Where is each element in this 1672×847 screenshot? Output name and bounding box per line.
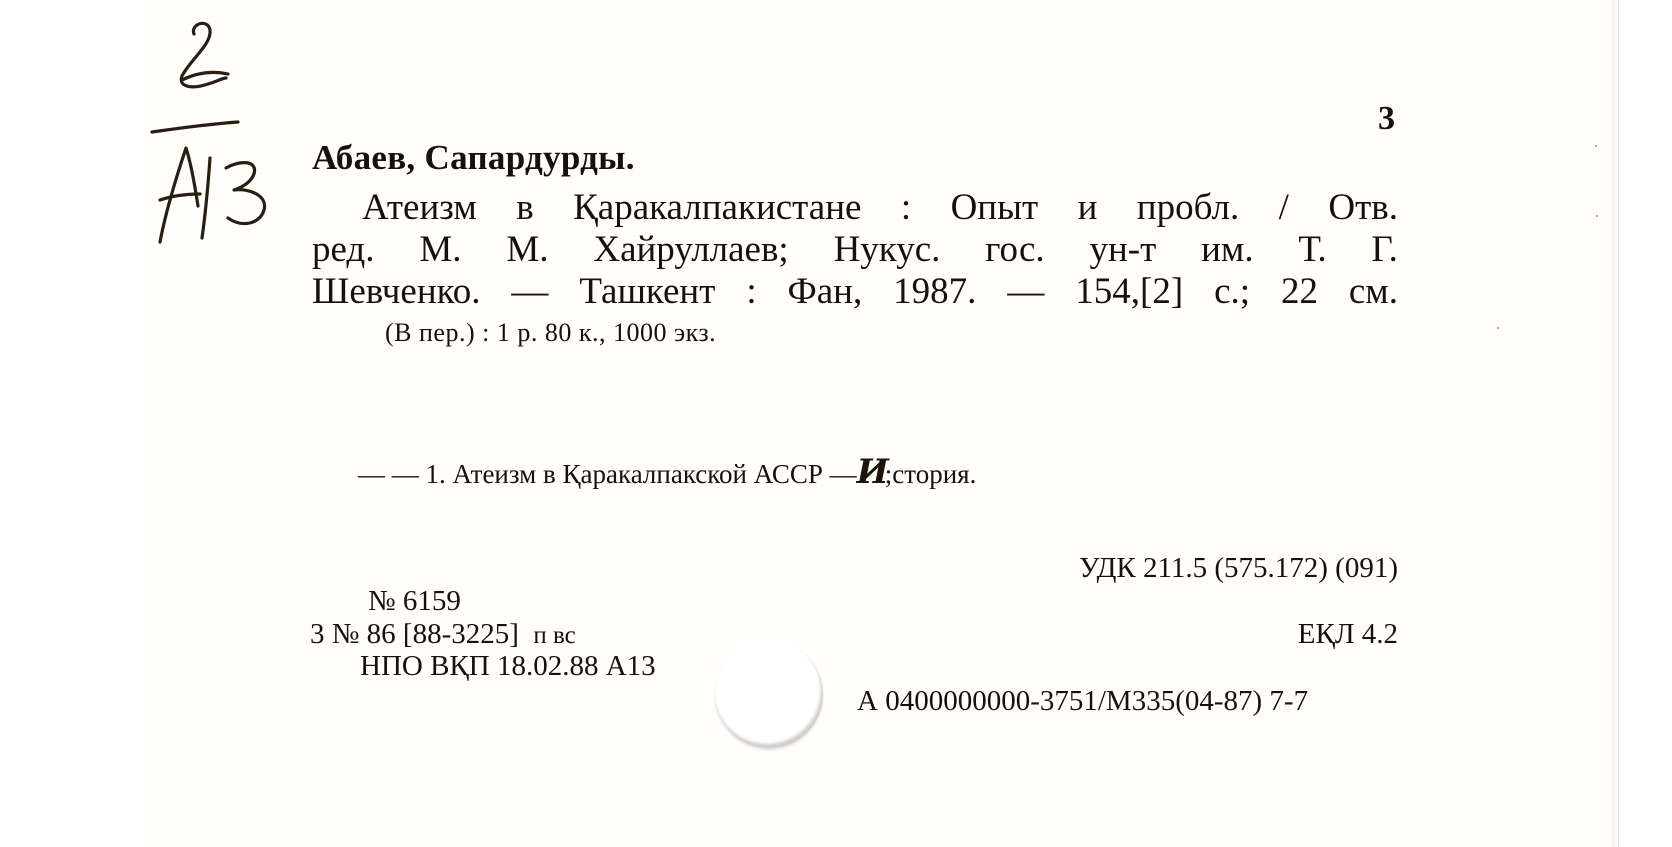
description-word: см. [1349,270,1398,313]
binding-price-copies: (В пер.) : 1 р. 80 к., 1000 экз. [385,318,716,348]
order-number: 3 № 86 [88-3225] п вс [310,618,576,651]
description-word: / [1279,186,1289,229]
order-number-main: 3 № 86 [88-3225] [310,618,519,650]
description-word: в [516,186,533,229]
subject-heading-suffix: ;стория. [885,459,977,489]
description-word: 1987. [893,270,976,313]
description-word: Фан, [788,270,863,313]
inventory-number: № 6159 [368,585,461,618]
udc-code: УДК 211.5 (575.172) (091) [1079,552,1398,585]
description-word: Нукус. [834,228,941,271]
description-word: : [746,270,756,313]
scanned-page: 3 Абаев, Сапардурды. АтеизмвҚаракалпакис… [0,0,1672,847]
subject-heading: — — 1. Атеизм в Қаракалпакской АССР —И;с… [358,452,976,492]
description-word: Т. [1298,228,1326,271]
handwritten-shelfmark [150,10,290,250]
description-line-1: АтеизмвҚаракалпакистане:Опытипробл./Отв. [362,186,1398,229]
description-word: : [901,186,911,229]
description-word: ред. [312,228,375,271]
description-word: ун-т [1089,228,1156,271]
description-word: с.; [1214,270,1250,313]
description-word: 154,[2] [1075,270,1183,313]
npo-line: НПО ВҚП 18.02.88 А13 [360,650,656,683]
ekl-code: ЕҚЛ 4.2 [1298,618,1398,651]
handwritten-correction: И [857,452,885,492]
classification-code: А 0400000000-3751/М335(04-87) 7-7 [857,685,1308,718]
description-word: Опыт [951,186,1039,229]
description-word: Отв. [1328,186,1398,229]
paper-speck [1596,215,1598,217]
description-word: Г. [1371,228,1397,271]
author-heading: Абаев, Сапардурды. [312,138,635,178]
description-word: гос. [985,228,1044,271]
card-number: 3 [1378,100,1395,138]
description-word: Қаракалпакистане [573,186,861,229]
subject-heading-prefix: — — 1. Атеизм в Қаракалпакской АССР — [358,459,857,489]
description-word: — [511,270,548,313]
card-edge [1612,0,1618,847]
description-line-3: Шевченко.—Ташкент:Фан,1987.—154,[2]с.;22… [312,270,1398,313]
description-word: Шевченко. [312,270,481,313]
description-word: М. [419,228,461,271]
order-number-suffix: п вс [533,622,575,649]
description-word: М. [506,228,548,271]
paper-speck [1497,327,1499,329]
description-word: 22 [1281,270,1318,313]
handwritten-shelfmark-icon [150,10,290,250]
description-word: — [1007,270,1044,313]
description-word: им. [1201,228,1253,271]
paper-speck [1595,145,1597,147]
punch-hole [715,640,823,748]
description-word: Хайруллаев; [593,228,788,271]
description-word: Атеизм [362,186,477,229]
catalog-card [140,0,1619,847]
description-word: Ташкент [579,270,715,313]
description-line-2: ред.М.М.Хайруллаев;Нукус.гос.ун-тим.Т.Г. [312,228,1398,271]
description-word: и [1078,186,1098,229]
description-word: пробл. [1137,186,1239,229]
